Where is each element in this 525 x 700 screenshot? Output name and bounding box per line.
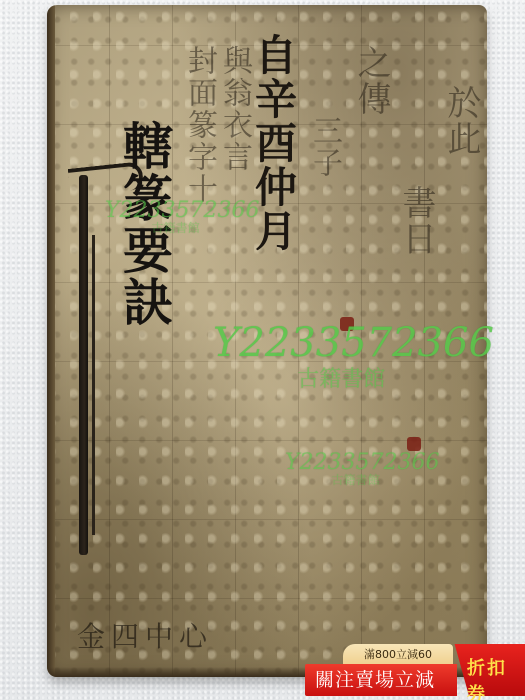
faint-calligraphy-column: 三子 — [302, 115, 346, 179]
watermark-sub: 古籍書館 — [297, 362, 494, 393]
red-seal-mark — [407, 437, 421, 451]
faint-calligraphy-column: 書日 — [392, 185, 441, 257]
watermark-sub: 古籍書館 — [331, 471, 439, 488]
watermark-text: Y2233572366 古籍書館 — [105, 198, 260, 236]
bottom-calligraphy-row: 金四中心 — [77, 615, 213, 655]
watermark-text: Y2233572366 古籍書館 — [213, 320, 494, 393]
faint-calligraphy-column: 之傳 — [347, 45, 396, 117]
watermark-id: Y2233572366 — [213, 320, 494, 366]
ink-rule-thick — [79, 175, 88, 555]
discount-coupon-banner[interactable]: 滿800立減60 關注賣場立減60元 折扣券 — [305, 644, 525, 696]
coupon-threshold-label: 滿800立減60 — [343, 644, 453, 666]
book-spine-edge — [47, 5, 55, 677]
coupon-tag-label[interactable]: 折扣券 — [467, 654, 525, 700]
watermark-sub: 古籍書館 — [151, 219, 259, 236]
faint-calligraphy-column: 於此 — [437, 85, 486, 157]
watermark-text: Y2233572366 古籍書館 — [285, 450, 440, 488]
follow-shop-discount-label[interactable]: 關注賣場立減60元 — [305, 664, 457, 696]
ink-rule-thin — [92, 235, 95, 535]
